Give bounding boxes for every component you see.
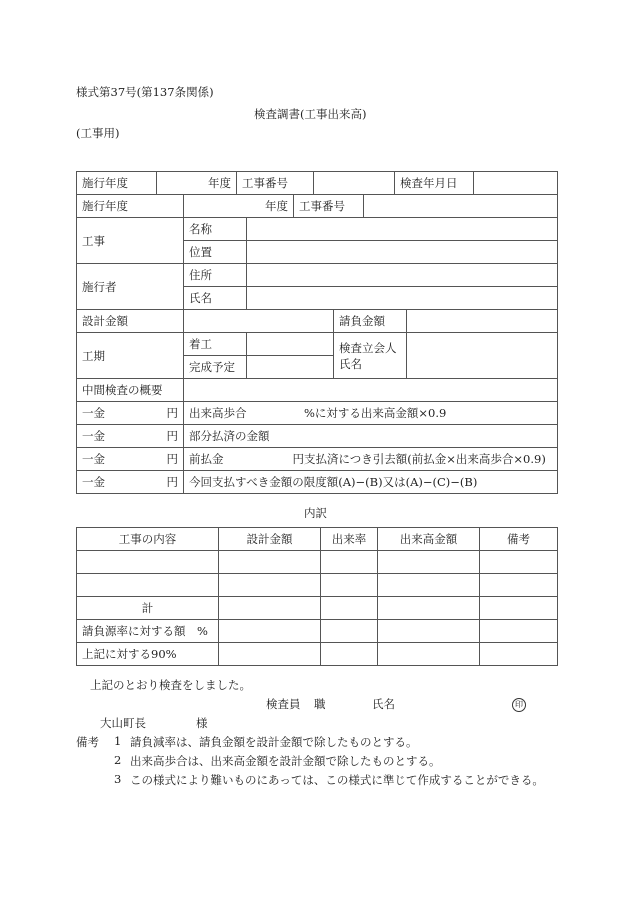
money-row: 一金円 出来高歩合 %に対する出来高金額×0.9 (77, 402, 558, 425)
cell[interactable] (480, 574, 558, 597)
contract-rate-label: 請負源率に対する額 % (77, 620, 219, 643)
cell[interactable] (77, 551, 219, 574)
total-row: 計 (77, 597, 558, 620)
seal-icon: 印 (512, 696, 526, 712)
money-row: 一金円 前払金 円支払済につき引去額(前払金×出来高歩合×0.9) (77, 448, 558, 471)
contractor-name-field[interactable] (247, 287, 558, 310)
cell[interactable] (480, 620, 558, 643)
money-prefix: 一金 (82, 429, 105, 443)
witness-field[interactable] (407, 333, 558, 379)
col-header-content: 工事の内容 (77, 528, 219, 551)
cell[interactable] (321, 620, 378, 643)
witness-label-line2: 氏名 (339, 357, 362, 371)
cell[interactable] (378, 574, 480, 597)
money-unit: 円 (167, 428, 179, 444)
interim-field[interactable] (184, 379, 558, 402)
money-amount-cell[interactable]: 一金円 (77, 402, 184, 425)
cell[interactable] (219, 551, 321, 574)
honorific: 様 (196, 715, 208, 731)
period-label: 工期 (77, 333, 184, 379)
interim-label: 中間検査の概要 (77, 379, 184, 402)
table-row (77, 551, 558, 574)
cell[interactable] (219, 620, 321, 643)
form-number: 様式第37号(第137条関係) (76, 84, 214, 100)
work-label: 工事 (77, 218, 184, 264)
seal-mark: 印 (512, 698, 526, 712)
work-location-label: 位置 (184, 241, 247, 264)
contractor-address-field[interactable] (247, 264, 558, 287)
contract-amount-field[interactable] (407, 310, 558, 333)
breakdown-title: 内訳 (304, 505, 327, 521)
money-row: 一金円 今回支払すべき金額の限度額(A)−(B)又は(A)−(C)−(B) (77, 471, 558, 494)
inspection-date-field[interactable] (474, 172, 558, 195)
breakdown-header-row: 工事の内容 設計金額 出来率 出来高金額 備考 (77, 528, 558, 551)
cell[interactable] (378, 597, 480, 620)
money-desc: 今回支払すべき金額の限度額(A)−(B)又は(A)−(C)−(B) (184, 471, 558, 494)
header-row-2: 施行年度 年度 工事番号 (76, 194, 558, 218)
completion-label: 完成予定 (184, 356, 247, 379)
position-label: 職 (314, 696, 326, 712)
money-desc: 前払金 円支払済につき引去額(前払金×出来高歩合×0.9) (184, 448, 558, 471)
form-subtitle: (工事用) (76, 125, 119, 141)
money-prefix: 一金 (82, 475, 105, 489)
total-label: 計 (77, 597, 219, 620)
col-header-rate: 出来率 (321, 528, 378, 551)
note-number: 2 (114, 753, 121, 767)
header-row-1: 施行年度 年度 工事番号 検査年月日 (76, 171, 558, 195)
page-title: 検査調書(工事出来高) (254, 106, 366, 122)
money-unit: 円 (167, 451, 179, 467)
cell[interactable] (480, 551, 558, 574)
cell[interactable] (321, 597, 378, 620)
fiscal-year-label: 施行年度 (77, 172, 157, 195)
inspector-label: 検査員 (266, 696, 301, 712)
money-amount-cell[interactable]: 一金円 (77, 471, 184, 494)
cell[interactable] (378, 620, 480, 643)
contractor-address-label: 住所 (184, 264, 247, 287)
cell[interactable] (77, 574, 219, 597)
money-desc: 部分払済の金額 (184, 425, 558, 448)
table-row (77, 574, 558, 597)
statement: 上記のとおり検査をしました。 (90, 677, 251, 693)
money-unit: 円 (167, 474, 179, 490)
ninety-percent-row: 上記に対する90% (77, 643, 558, 666)
note-number: 3 (114, 772, 121, 786)
notes-label: 備考 (76, 734, 99, 750)
cell[interactable] (480, 597, 558, 620)
money-desc: 出来高歩合 %に対する出来高金額×0.9 (184, 402, 558, 425)
cell[interactable] (321, 643, 378, 666)
fiscal-year-field[interactable]: 年度 (157, 172, 237, 195)
inspection-date-label: 検査年月日 (395, 172, 474, 195)
money-amount-cell[interactable]: 一金円 (77, 448, 184, 471)
contractor-name-label: 氏名 (184, 287, 247, 310)
breakdown-table: 工事の内容 設計金額 出来率 出来高金額 備考 計 請負源率に対する額 % 上記… (76, 527, 558, 666)
start-label: 着工 (184, 333, 247, 356)
ninety-percent-label: 上記に対する90% (77, 643, 219, 666)
main-table: 工事 名称 位置 施行者 住所 氏名 設計金額 請負金額 工期 着工 検査立会人… (76, 217, 558, 494)
design-amount-label: 設計金額 (77, 310, 184, 333)
cell[interactable] (219, 574, 321, 597)
fiscal-year-label-2: 施行年度 (77, 195, 184, 218)
cell[interactable] (321, 574, 378, 597)
note-text: 出来高歩合は、出来高金額を設計金額で除したものとする。 (130, 753, 441, 769)
design-amount-field[interactable] (184, 310, 334, 333)
work-number-field[interactable] (314, 172, 395, 195)
money-prefix: 一金 (82, 452, 105, 466)
cell[interactable] (480, 643, 558, 666)
work-number-field-2[interactable] (364, 195, 558, 218)
note-text: 請負減率は、請負金額を設計金額で除したものとする。 (130, 734, 418, 750)
cell[interactable] (321, 551, 378, 574)
cell[interactable] (378, 643, 480, 666)
money-unit: 円 (167, 405, 179, 421)
cell[interactable] (378, 551, 480, 574)
work-name-label: 名称 (184, 218, 247, 241)
money-amount-cell[interactable]: 一金円 (77, 425, 184, 448)
work-number-label-2: 工事番号 (294, 195, 364, 218)
money-row: 一金円 部分払済の金額 (77, 425, 558, 448)
work-number-label: 工事番号 (237, 172, 314, 195)
col-header-remarks: 備考 (480, 528, 558, 551)
work-location-field[interactable] (247, 241, 558, 264)
contractor-label: 施行者 (77, 264, 184, 310)
money-prefix: 一金 (82, 406, 105, 420)
col-header-amount: 出来高金額 (378, 528, 480, 551)
start-field[interactable] (247, 333, 334, 356)
completion-field[interactable] (247, 356, 334, 379)
addressee: 大山町長 (100, 715, 146, 731)
work-name-field[interactable] (247, 218, 558, 241)
col-header-design: 設計金額 (219, 528, 321, 551)
cell[interactable] (219, 643, 321, 666)
fiscal-year-field-2[interactable]: 年度 (184, 195, 294, 218)
contract-rate-row: 請負源率に対する額 % (77, 620, 558, 643)
witness-label-line1: 検査立会人 (339, 341, 397, 355)
witness-label: 検査立会人氏名 (334, 333, 407, 379)
inspector-name-label: 氏名 (372, 696, 395, 712)
contract-amount-label: 請負金額 (334, 310, 407, 333)
note-text: この様式により難いものにあっては、この様式に準じて作成することができる。 (130, 772, 544, 788)
note-number: 1 (114, 734, 121, 748)
cell[interactable] (219, 597, 321, 620)
